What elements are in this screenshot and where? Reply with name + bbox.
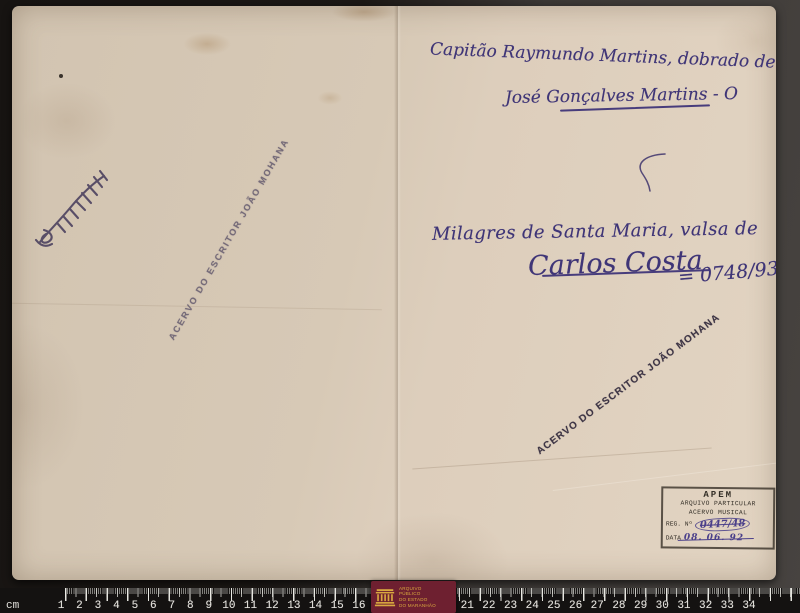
apem-date-value-crossed-out: 08. 06. 92 xyxy=(684,532,744,546)
center-fold-crease xyxy=(394,6,401,580)
crossed-out-scribble xyxy=(28,166,128,250)
ruler-number: 32 xyxy=(699,600,712,612)
ruler-number: 13 xyxy=(287,600,300,612)
ruler-number: 1 xyxy=(56,600,66,612)
paper-crease xyxy=(412,448,711,470)
ruler-unit-label: cm xyxy=(6,600,19,612)
folded-paper-cover: ACERVO DO ESCRITOR JOÃO MOHANA Capitão R… xyxy=(12,6,776,580)
ruler-number: 7 xyxy=(167,600,177,612)
ruler-number: 10 xyxy=(222,600,235,612)
ruler-number: 34 xyxy=(742,600,755,612)
ruler-number: 5 xyxy=(130,600,140,612)
ruler-number: 2 xyxy=(74,600,84,612)
apem-registration-stamp: APEM ARQUIVO PARTICULAR ACERVO MUSICAL R… xyxy=(661,486,776,549)
ruler-number: 9 xyxy=(204,600,214,612)
archive-logo-badge: ARQUIVO PÚBLICO DO ESTADO DO MARANHÃO xyxy=(371,581,456,613)
apem-reg-value-crossed-out: 0447/48 xyxy=(695,517,751,532)
apem-reg-label: REG. Nº xyxy=(666,519,693,529)
scanned-document-page: ACERVO DO ESCRITOR JOÃO MOHANA Capitão R… xyxy=(0,0,800,613)
archive-logo-text: ARQUIVO PÚBLICO DO ESTADO DO MARANHÃO xyxy=(399,586,436,609)
ruler-number: 23 xyxy=(504,600,517,612)
ruler-number: 29 xyxy=(634,600,647,612)
handwritten-title-line1: Capitão Raymundo Martins, dobrado de xyxy=(430,39,776,72)
ruler-number: 3 xyxy=(93,600,103,612)
ruler-number: 4 xyxy=(111,600,121,612)
ruler-number: 11 xyxy=(244,600,257,612)
apem-subtitle1: ARQUIVO PARTICULAR xyxy=(666,499,770,509)
ruler-number: 24 xyxy=(526,600,539,612)
apem-subtitle2: ACERVO MUSICAL xyxy=(666,508,770,518)
collection-stamp-right: ACERVO DO ESCRITOR JOÃO MOHANA xyxy=(535,322,709,457)
ruler-number: 6 xyxy=(148,600,158,612)
collection-stamp-left: ACERVO DO ESCRITOR JOÃO MOHANA xyxy=(167,146,286,342)
handwritten-work-line: Milagres de Santa Maria, valsa de xyxy=(432,218,758,245)
ruler-number: 8 xyxy=(185,600,195,612)
ruler-number: 14 xyxy=(309,600,322,612)
ruler-number: 28 xyxy=(612,600,625,612)
handwritten-signature: Carlos Costa xyxy=(528,245,704,282)
ruler-number: 27 xyxy=(591,600,604,612)
ruler-number: 15 xyxy=(331,600,344,612)
ruler-number: 22 xyxy=(482,600,495,612)
ruler-number: 12 xyxy=(266,600,279,612)
ruler-number: 31 xyxy=(677,600,690,612)
ruler-number: 26 xyxy=(569,600,582,612)
ruler-number: 21 xyxy=(461,600,474,612)
ruler-number: 16 xyxy=(352,600,365,612)
archive-building-icon xyxy=(374,586,396,608)
ruler-number: 30 xyxy=(656,600,669,612)
ink-check-mark xyxy=(615,140,675,200)
ruler-number: 33 xyxy=(721,600,734,612)
ruler-number: 25 xyxy=(547,600,560,612)
apem-date-label: DATA xyxy=(666,533,681,543)
staple-hole-mark xyxy=(59,74,63,78)
